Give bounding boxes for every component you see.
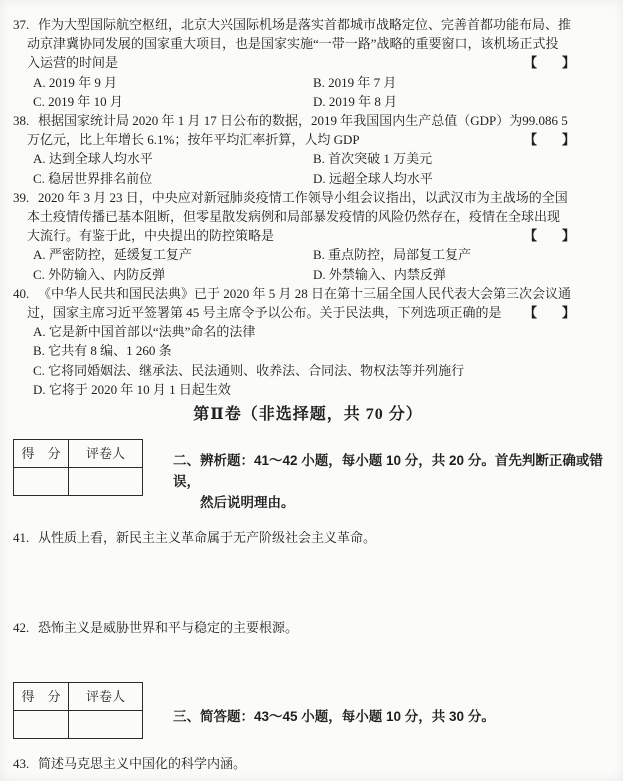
question-43: 43.简述马克思主义中国化的科学内涵。	[13, 754, 603, 773]
question-text: 万亿元，比上年增长 6.1%；按年平均汇率折算，人均 GDP	[27, 130, 360, 149]
question-text: 恐怖主义是威胁世界和平与稳定的主要根源。	[38, 620, 298, 635]
options-row: A. 达到全球人均水平B. 首次突破 1 万美元	[13, 149, 603, 168]
question-text: 根据国家统计局 2020 年 1 月 17 日公布的数据，2019 年我国国内生…	[38, 113, 568, 128]
score-label: 得 分	[14, 440, 69, 468]
section3-instruction: 三、简答题：43～45 小题，每小题 10 分，共 30 分。	[143, 682, 495, 727]
question-37: 37.作为大型国际航空枢纽，北京大兴国际机场是落实首都城市战略定位、完善首都功能…	[13, 15, 603, 111]
question-stem-line: 大流行。有鉴于此，中央提出的防控策略是【 】	[13, 226, 603, 245]
score-entry-cell	[14, 711, 69, 738]
option-c: C. 它将同婚姻法、继承法、民法通则、收养法、合同法、物权法等并列施行	[13, 361, 603, 380]
score-entry-cell	[14, 468, 69, 495]
instruction-line: 三、简答题：43～45 小题，每小题 10 分，共 30 分。	[173, 706, 495, 727]
question-stem-line: 39.2020 年 3 月 23 日，中央应对新冠肺炎疫情工作领导小组会议指出，…	[13, 188, 603, 207]
question-41: 41.从性质上看，新民主主义革命属于无产阶级社会主义革命。	[13, 528, 603, 547]
question-text: 大流行。有鉴于此，中央提出的防控策略是	[27, 226, 274, 245]
question-text: 从性质上看，新民主主义革命属于无产阶级社会主义革命。	[38, 530, 376, 545]
section2-instruction: 二、辨析题：41～42 小题，每小题 10 分，共 20 分。首先判断正确或错误…	[143, 439, 603, 513]
option-d: D. 它将于 2020 年 10 月 1 日起生效	[13, 380, 603, 399]
exam-paper-page: 37.作为大型国际航空枢纽，北京大兴国际机场是落实首都城市战略定位、完善首都功能…	[0, 0, 623, 781]
question-number: 40.	[13, 284, 38, 303]
option-b: B. 2019 年 7 月	[313, 73, 396, 92]
option-d: D. 外禁输入、内禁反弹	[313, 265, 446, 284]
answer-bracket: 【 】	[524, 303, 581, 322]
option-a: A. 2019 年 9 月	[33, 73, 313, 92]
option-c: C. 稳居世界排名前位	[33, 169, 313, 188]
options-row: A. 严密防控，延缓复工复产B. 重点防控，局部复工复产	[13, 245, 603, 264]
question-number: 39.	[13, 188, 38, 207]
answer-bracket: 【 】	[524, 53, 581, 72]
question-text: 简述马克思主义中国化的科学内涵。	[38, 756, 246, 771]
question-text: 作为大型国际航空枢纽，北京大兴国际机场是落实首都城市战略定位、完善首都功能布局、…	[38, 17, 571, 32]
question-text: 入运营的时间是	[27, 53, 118, 72]
option-c: C. 外防输入、内防反弹	[33, 265, 313, 284]
section2-header: 得 分 评卷人 二、辨析题：41～42 小题，每小题 10 分，共 20 分。首…	[13, 439, 603, 513]
part2-heading: 第Ⅱ卷（非选择题，共 70 分）	[13, 403, 603, 427]
question-number: 41.	[13, 528, 38, 547]
option-b: B. 它共有 8 编、1 260 条	[13, 341, 603, 360]
question-text: 过，国家主席习近平签署第 45 号主席令予以公布。关于民法典，下列选项正确的是	[27, 303, 502, 322]
question-number: 37.	[13, 15, 38, 34]
options-row: C. 稳居世界排名前位D. 远超全球人均水平	[13, 169, 603, 188]
question-number: 38.	[13, 111, 38, 130]
option-a: A. 严密防控，延缓复工复产	[33, 245, 313, 264]
question-number: 42.	[13, 618, 38, 637]
score-label: 得 分	[14, 683, 69, 711]
question-stem-line: 40.《中华人民共和国民法典》已于 2020 年 5 月 28 日在第十三届全国…	[13, 284, 603, 303]
question-text: 《中华人民共和国民法典》已于 2020 年 5 月 28 日在第十三届全国人民代…	[38, 286, 571, 301]
question-stem-line: 过，国家主席习近平签署第 45 号主席令予以公布。关于民法典，下列选项正确的是【…	[13, 303, 603, 322]
question-40: 40.《中华人民共和国民法典》已于 2020 年 5 月 28 日在第十三届全国…	[13, 284, 603, 399]
question-text: 2020 年 3 月 23 日，中央应对新冠肺炎疫情工作领导小组会议指出，以武汉…	[38, 190, 568, 205]
question-38: 38.根据国家统计局 2020 年 1 月 17 日公布的数据，2019 年我国…	[13, 111, 603, 188]
question-stem-line: 动京津冀协同发展的国家重大项目，也是国家实施“一带一路”战略的重要窗口，该机场正…	[13, 34, 603, 53]
instruction-line: 然后说明理由。	[173, 492, 603, 513]
option-c: C. 2019 年 10 月	[33, 92, 313, 111]
question-stem-line: 本土疫情传播已基本阻断，但零星散发病例和局部暴发疫情的风险仍然存在，疫情在全球出…	[13, 207, 603, 226]
question-stem-line: 入运营的时间是【 】	[13, 53, 603, 72]
instruction-line: 二、辨析题：41～42 小题，每小题 10 分，共 20 分。首先判断正确或错误…	[173, 450, 603, 492]
option-b: B. 首次突破 1 万美元	[313, 149, 432, 168]
score-box: 得 分 评卷人	[13, 682, 143, 739]
option-a: A. 达到全球人均水平	[33, 149, 313, 168]
options-row: C. 2019 年 10 月D. 2019 年 8 月	[13, 92, 603, 111]
option-b: B. 重点防控，局部复工复产	[313, 245, 471, 264]
grader-entry-cell	[69, 711, 142, 738]
option-d: D. 远超全球人均水平	[313, 169, 433, 188]
score-box: 得 分 评卷人	[13, 439, 143, 496]
answer-bracket: 【 】	[524, 130, 581, 149]
question-42: 42.恐怖主义是威胁世界和平与稳定的主要根源。	[13, 618, 603, 637]
answer-bracket: 【 】	[524, 226, 581, 245]
options-row: A. 2019 年 9 月B. 2019 年 7 月	[13, 73, 603, 92]
option-d: D. 2019 年 8 月	[313, 92, 397, 111]
grader-label: 评卷人	[69, 683, 142, 711]
section3-header: 得 分 评卷人 三、简答题：43～45 小题，每小题 10 分，共 30 分。	[13, 682, 603, 739]
question-stem-line: 38.根据国家统计局 2020 年 1 月 17 日公布的数据，2019 年我国…	[13, 111, 603, 130]
grader-label: 评卷人	[69, 440, 142, 468]
question-stem-line: 万亿元，比上年增长 6.1%；按年平均汇率折算，人均 GDP【 】	[13, 130, 603, 149]
question-stem-line: 37.作为大型国际航空枢纽，北京大兴国际机场是落实首都城市战略定位、完善首都功能…	[13, 15, 603, 34]
options-row: C. 外防输入、内防反弹D. 外禁输入、内禁反弹	[13, 265, 603, 284]
question-number: 43.	[13, 754, 38, 773]
option-a: A. 它是新中国首部以“法典”命名的法律	[13, 322, 603, 341]
grader-entry-cell	[69, 468, 142, 495]
question-39: 39.2020 年 3 月 23 日，中央应对新冠肺炎疫情工作领导小组会议指出，…	[13, 188, 603, 284]
